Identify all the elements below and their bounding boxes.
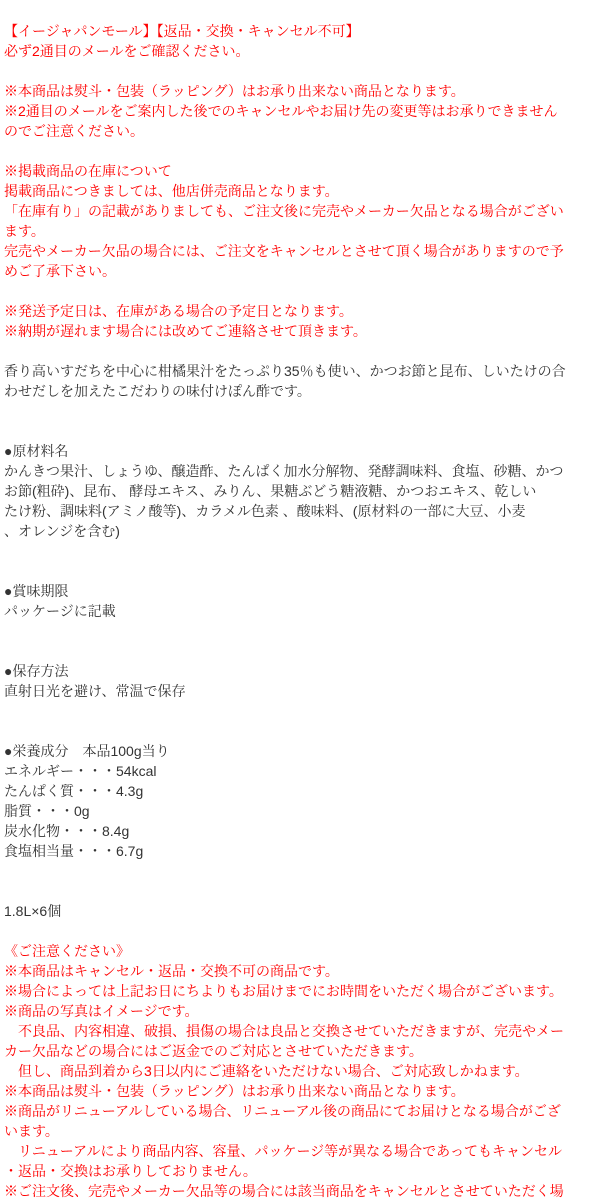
text-line: 《ご注意ください》 (4, 941, 596, 961)
text-line: ●賞味期限 (4, 581, 596, 601)
text-line: お節(粗砕)、昆布、 酵母エキス、みりん、果糖ぶどう糖液糖、かつおエキス、乾しい (4, 481, 596, 501)
text-line: 炭水化物・・・8.4g (4, 821, 596, 841)
package-quantity: 1.8L×6個 (4, 901, 596, 941)
text-line: 必ず2通目のメールをご確認ください。 (4, 41, 596, 61)
wrapping-cancel-warning: ※本商品は熨斗・包装（ラッピング）はお承り出来ない商品となります。※2通目のメー… (4, 81, 596, 161)
text-line: カー欠品などの場合にはご返金でのご対応とさせていただきます。 (4, 1041, 596, 1061)
text-line: 不良品、内容相違、破損、損傷の場合は良品と交換させていただきますが、完売やメー (4, 1021, 596, 1041)
text-line: 「在庫有り」の記載がありましても、ご注文後に完売やメーカー欠品となる場合がござい (4, 201, 596, 221)
blank-line (4, 401, 596, 421)
blank-line (4, 141, 596, 161)
blank-line (4, 861, 596, 881)
product-description: 香り高いすだちを中心に柑橘果汁をたっぷり35％も使い、かつお節と昆布、しいたけの… (4, 361, 596, 441)
stock-warning: ※掲載商品の在庫について掲載商品につきましては、他店併売商品となります。「在庫有… (4, 161, 596, 301)
text-line: ※ご注文後、完売やメーカー欠品等の場合には該当商品をキャンセルとさせていただく場 (4, 1181, 596, 1200)
text-line: ※発送予定日は、在庫がある場合の予定日となります。 (4, 301, 596, 321)
text-line: ●原材料名 (4, 441, 596, 461)
storage-method: ●保存方法直射日光を避け、常温で保存 (4, 661, 596, 741)
text-line: ※掲載商品の在庫について (4, 161, 596, 181)
blank-line (4, 621, 596, 641)
text-line: めご了承下さい。 (4, 261, 596, 281)
text-line: ●保存方法 (4, 661, 596, 681)
blank-line (4, 421, 596, 441)
blank-line (4, 281, 596, 301)
blank-line (4, 701, 596, 721)
text-line: かんきつ果汁、しょうゆ、醸造酢、たんぱく加水分解物、発酵調味料、食塩、砂糖、かつ (4, 461, 596, 481)
blank-line (4, 721, 596, 741)
text-line: ※商品がリニューアルしている場合、リニューアル後の商品にてお届けとなる場合がござ (4, 1101, 596, 1121)
text-line: ●栄養成分 本品100g当り (4, 741, 596, 761)
text-line: 1.8L×6個 (4, 901, 596, 921)
text-line: 完売やメーカー欠品の場合には、ご注文をキャンセルとさせて頂く場合がありますので予 (4, 241, 596, 261)
text-line: パッケージに記載 (4, 601, 596, 621)
text-line: エネルギー・・・54kcal (4, 761, 596, 781)
text-line: 直射日光を避け、常温で保存 (4, 681, 596, 701)
text-line: ※本商品は熨斗・包装（ラッピング）はお承り出来ない商品となります。 (4, 81, 596, 101)
text-line: リニューアルにより商品内容、容量、パッケージ等が異なる場合であってもキャンセル (4, 1141, 596, 1161)
shipping-warning: ※発送予定日は、在庫がある場合の予定日となります。※納期が遅れます場合には改めて… (4, 301, 596, 361)
text-line: 掲載商品につきましては、他店併売商品となります。 (4, 181, 596, 201)
ingredients: ●原材料名かんきつ果汁、しょうゆ、醸造酢、たんぱく加水分解物、発酵調味料、食塩、… (4, 441, 596, 581)
blank-line (4, 641, 596, 661)
text-line: 香り高いすだちを中心に柑橘果汁をたっぷり35％も使い、かつお節と昆布、しいたけの… (4, 361, 596, 381)
text-line: 脂質・・・0g (4, 801, 596, 821)
text-line: わせだしを加えたこだわりの味付けぽん酢です。 (4, 381, 596, 401)
text-line: ※2通目のメールをご案内した後でのキャンセルやお届け先の変更等はお承りできません (4, 101, 596, 121)
text-line: 【イージャパンモール】【返品・交換・キャンセル不可】 (4, 21, 596, 41)
text-line: のでご注意ください。 (4, 121, 596, 141)
text-line: ※本商品はキャンセル・返品・交換不可の商品です。 (4, 961, 596, 981)
best-before: ●賞味期限パッケージに記載 (4, 581, 596, 661)
text-line: 、オレンジを含む) (4, 521, 596, 541)
blank-line (4, 61, 596, 81)
text-line: たんぱく質・・・4.3g (4, 781, 596, 801)
text-line: ※場合によっては上記お日にちよりもお届けまでにお時間をいただく場合がございます。 (4, 981, 596, 1001)
mall-header-warning: 【イージャパンモール】【返品・交換・キャンセル不可】必ず2通目のメールをご確認く… (4, 21, 596, 81)
text-line: たけ粉、調味料(アミノ酸等)、カラメル色素 、酸味料、(原材料の一部に大豆、小麦 (4, 501, 596, 521)
text-line: ※商品の写真はイメージです。 (4, 1001, 596, 1021)
text-line: ・返品・交換はお承りしておりません。 (4, 1161, 596, 1181)
blank-line (4, 341, 596, 361)
blank-line (4, 541, 596, 561)
text-line: 但し、商品到着から3日以内にご連絡をいただけない場合、ご対応致しかねます。 (4, 1061, 596, 1081)
text-line: ます。 (4, 221, 596, 241)
blank-line (4, 561, 596, 581)
product-description-document: 【イージャパンモール】【返品・交換・キャンセル不可】必ず2通目のメールをご確認く… (0, 0, 600, 1200)
text-line: 食塩相当量・・・6.7g (4, 841, 596, 861)
blank-line (4, 921, 596, 941)
blank-line (4, 881, 596, 901)
caution-notes: 《ご注意ください》※本商品はキャンセル・返品・交換不可の商品です。※場合によって… (4, 941, 596, 1200)
text-line: ※本商品は熨斗・包装（ラッピング）はお承り出来ない商品となります。 (4, 1081, 596, 1101)
text-line: います。 (4, 1121, 596, 1141)
nutrition: ●栄養成分 本品100g当りエネルギー・・・54kcalたんぱく質・・・4.3g… (4, 741, 596, 901)
text-line: ※納期が遅れます場合には改めてご連絡させて頂きます。 (4, 321, 596, 341)
